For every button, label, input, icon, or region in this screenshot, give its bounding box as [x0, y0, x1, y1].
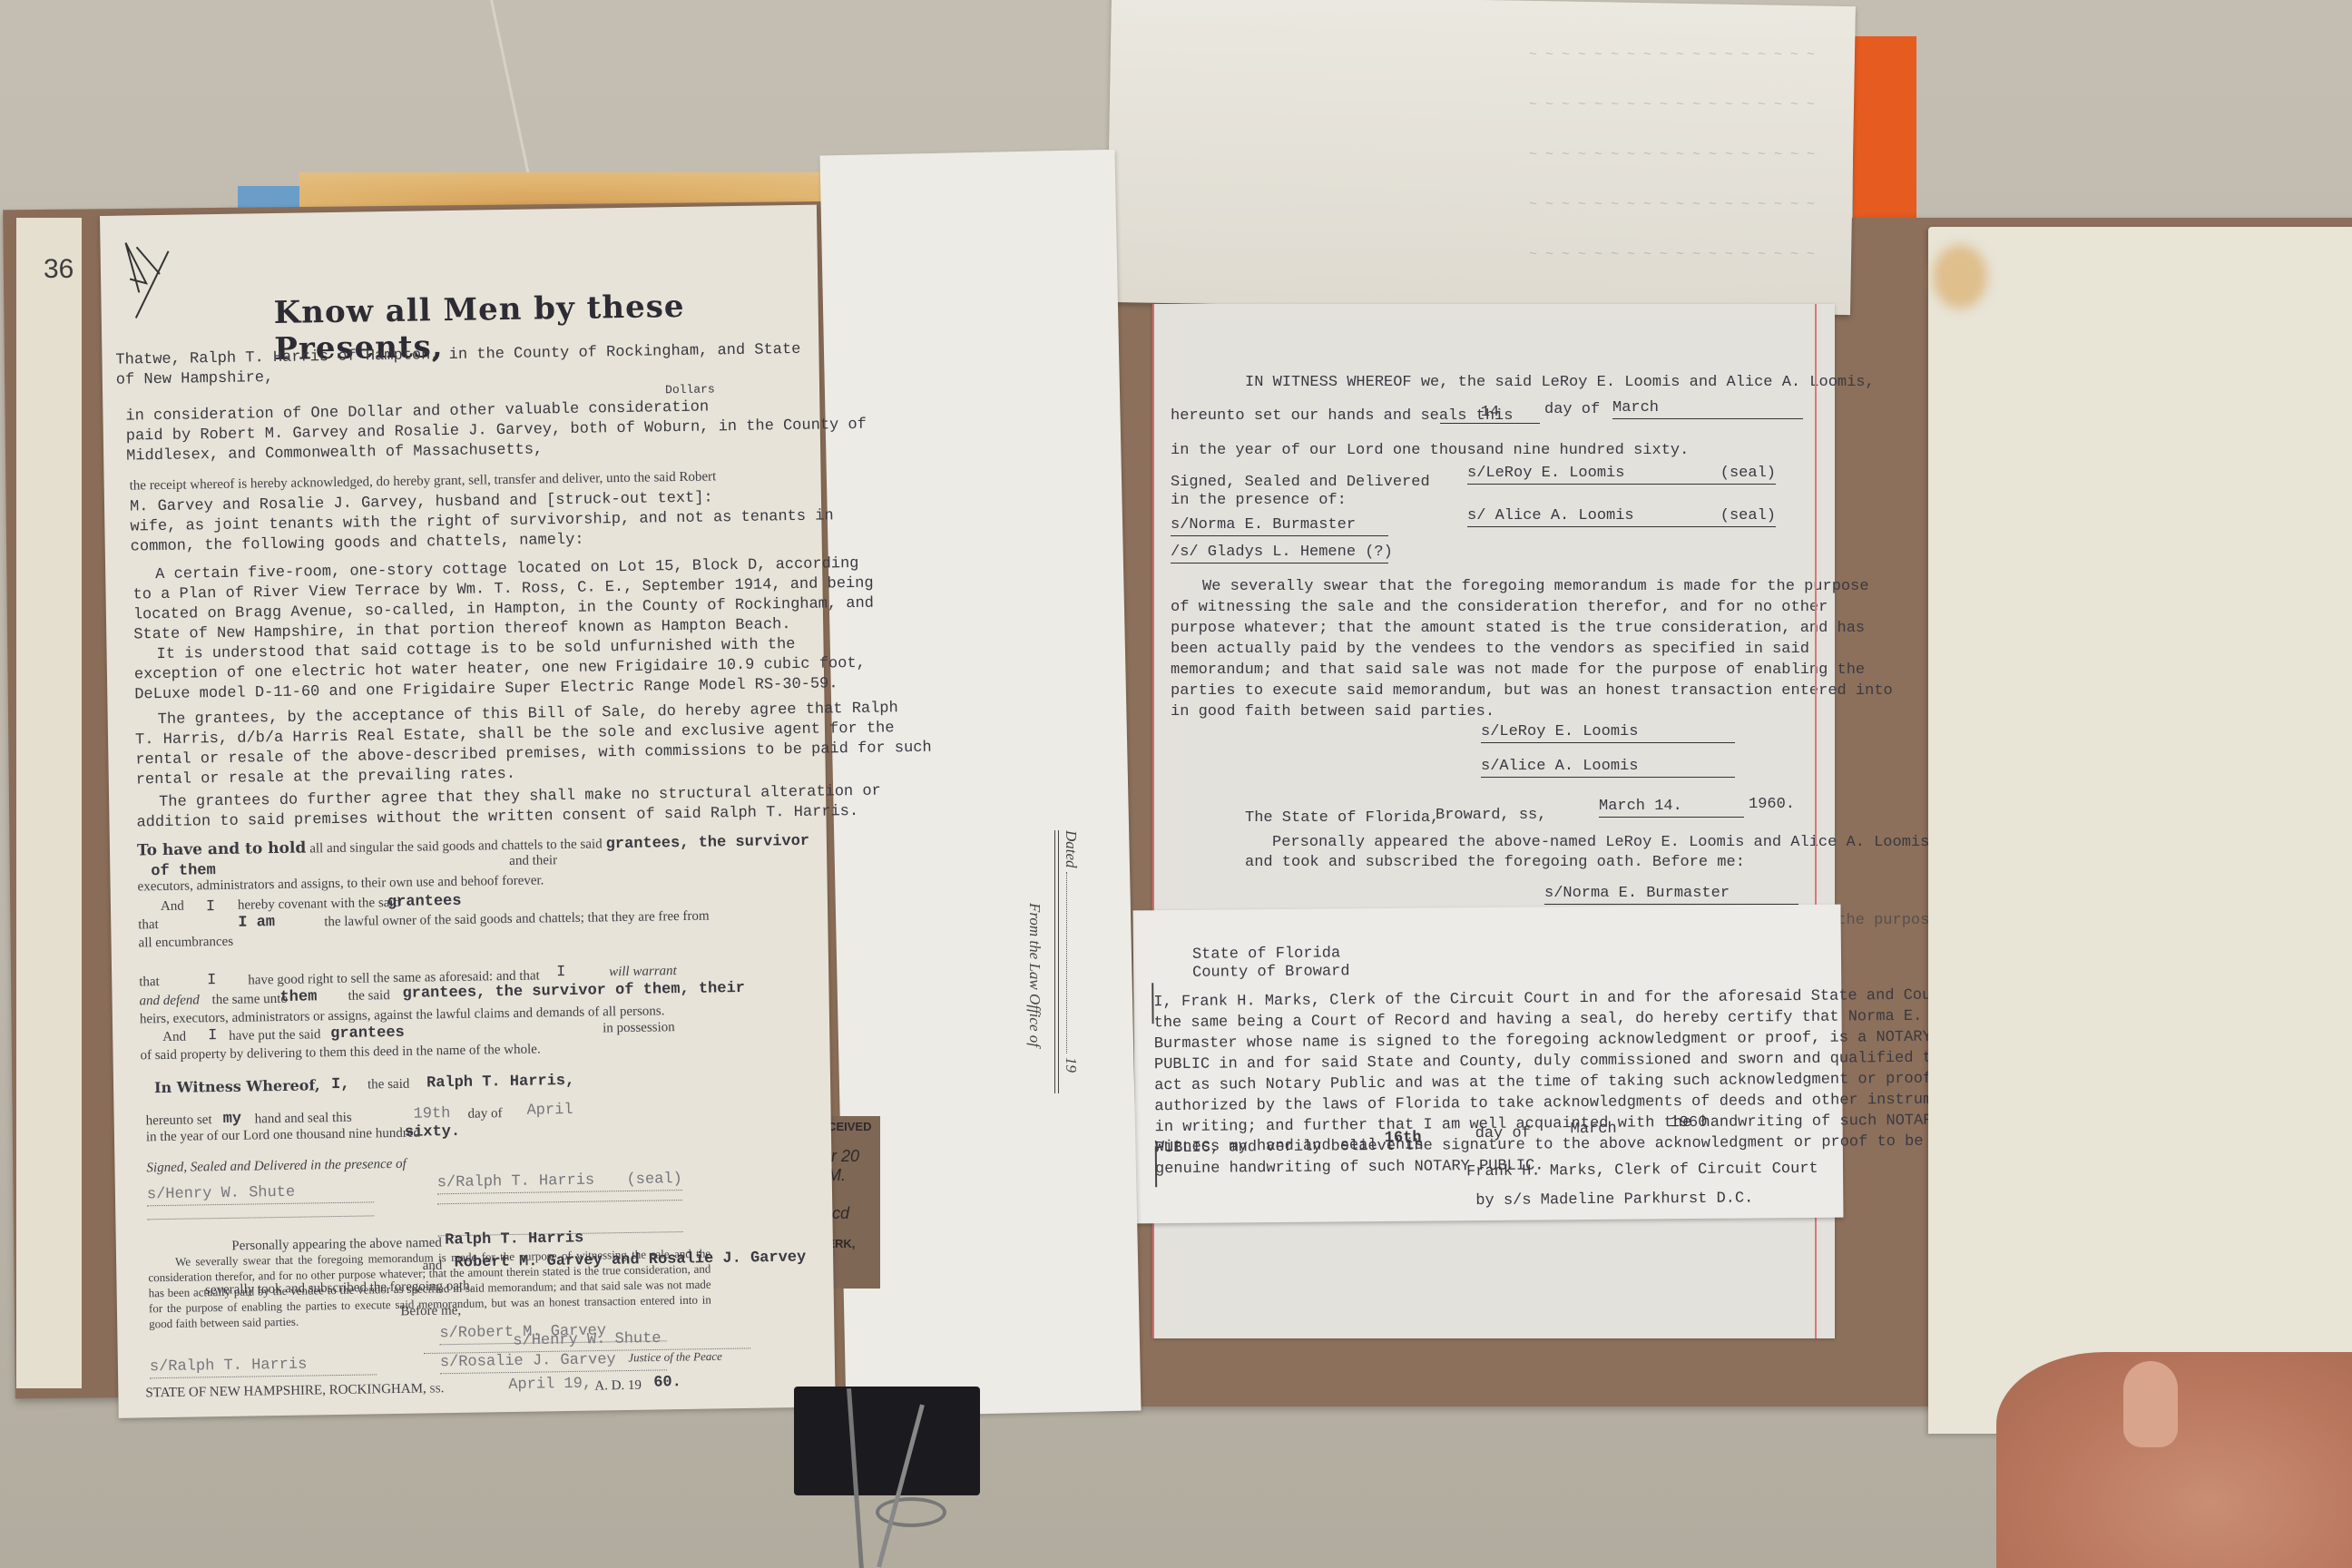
grantor-line-2: of New Hampshire, — [116, 367, 274, 391]
signature-line — [147, 1214, 374, 1220]
signed-sealed-label: Signed, Sealed and Delivered in the pres… — [146, 1155, 407, 1177]
witness-gladys: /s/ Gladys L. Hemene (?) — [1171, 542, 1388, 563]
signature-line — [437, 1199, 682, 1204]
year-text: in the year of our Lord one thousand nin… — [1171, 440, 1689, 461]
ack-appearing: Personally appearing the above named — [231, 1234, 442, 1256]
witness-day-of: day of — [467, 1104, 502, 1123]
warranty-possession: in possession — [603, 1018, 675, 1037]
warranty-i2: I — [556, 962, 566, 983]
warranty-the-said: the said — [348, 986, 390, 1005]
ack-state-line: STATE OF NEW HAMPSHIRE, ROCKINGHAM, ss. — [145, 1379, 444, 1402]
warranty-i: I — [207, 970, 217, 991]
oath-sig-leroy: s/LeRoy E. Loomis — [1481, 721, 1735, 743]
witness-the-said: the said — [367, 1075, 410, 1094]
month-field: March — [1612, 397, 1803, 419]
habendum-and-their: and their — [509, 851, 557, 870]
warranty-them: them — [279, 986, 317, 1008]
cert-deputy: by s/s Madeline Parkhurst D.C. — [1475, 1188, 1753, 1211]
witness-heading: In Witness Whereof, — [154, 1076, 320, 1096]
binder-clip-ring — [876, 1497, 946, 1527]
warranty-same-unto: the same unto — [211, 990, 288, 1009]
state-label: The State of Florida, — [1245, 808, 1439, 828]
ack-ad: A. D. 19 — [594, 1377, 642, 1396]
witness-name: Ralph T. Harris, — [426, 1071, 575, 1094]
warranty-i3: I — [208, 1025, 218, 1046]
margin-bar — [1155, 1146, 1157, 1187]
double-rule — [1054, 830, 1059, 1093]
ack-before: Before me, — [400, 1301, 461, 1320]
notary-signature: s/Norma E. Burmaster — [1544, 883, 1798, 905]
warranty-grantees: grantees, the survivor of them, their — [402, 978, 745, 1004]
blank-page[interactable] — [1928, 227, 2352, 1434]
day-field: 14 — [1440, 402, 1540, 424]
habendum-line: To have and to hold all and singular the… — [137, 831, 809, 863]
grantor-signature: s/Ralph T. Harris(seal) — [437, 1169, 682, 1194]
oath-sig-alice: s/Alice A. Loomis — [1481, 756, 1735, 778]
thumb — [2123, 1361, 2178, 1447]
ack-and: and — [423, 1257, 443, 1275]
cert-day: 16th — [1385, 1128, 1422, 1149]
appeared-line-1: Personally appeared the above-named LeRo… — [1272, 832, 1929, 853]
witness-year-word: sixty. — [405, 1122, 461, 1143]
oath-sig-harris: s/Ralph T. Harris — [150, 1353, 377, 1378]
cert-county: County of Broward — [1192, 961, 1350, 984]
orange-tab — [1853, 36, 1916, 227]
bleed-through-text: ~ ~ ~ ~ ~ ~ ~ ~ ~ ~ ~ ~ ~ ~ ~ ~ ~ ~ ~ ~ … — [1180, 27, 1815, 277]
cert-year: 1960 — [1670, 1112, 1707, 1133]
ack-date: April 19, — [508, 1374, 592, 1396]
signature-leroy: s/LeRoy E. Loomis(seal) — [1467, 463, 1776, 485]
cert-clerk: Frank H. Marks, Clerk of Circuit Court — [1466, 1159, 1818, 1182]
county-label: Broward, ss, — [1436, 805, 1546, 826]
page-number: 36 — [44, 254, 73, 285]
covenant-and: And — [161, 897, 184, 916]
witness-line: IN WITNESS WHEREOF we, the said LeRoy E.… — [1245, 372, 1875, 393]
cert-witness: Witness my hand and seal this — [1155, 1135, 1424, 1159]
covenant-encumbrances: all encumbrances — [138, 933, 233, 953]
warranty-will: will warrant — [609, 962, 677, 981]
stain — [1933, 245, 1987, 309]
cert-month: March — [1571, 1119, 1617, 1140]
law-office-label: From the Law Office of — [1025, 903, 1044, 1047]
cert-day-of: day of — [1475, 1123, 1531, 1145]
covenant-that: that — [138, 916, 159, 934]
covenant-i-am: I am — [238, 912, 275, 934]
dated-label: Dated 19 — [1062, 830, 1080, 1073]
witness-year-text: in the year of our Lord one thousand nin… — [146, 1124, 420, 1147]
binder-clip[interactable] — [794, 1387, 980, 1495]
ack-year: 1960. — [1749, 794, 1795, 815]
day-of-label: day of — [1544, 399, 1600, 420]
presence-label: in the presence of: — [1171, 490, 1347, 511]
witness-i: I, — [331, 1074, 350, 1095]
folder-page-edge — [16, 218, 82, 1388]
oath-paragraph: We severally swear that the foregoing me… — [1171, 576, 1893, 722]
handwritten-mark-icon — [118, 238, 173, 320]
signature-alice: s/ Alice A. Loomis(seal) — [1467, 505, 1776, 527]
ack-date: March 14. — [1599, 796, 1744, 818]
warranty-delivering: of said property by delivering to them t… — [140, 1040, 540, 1064]
warranty-grantees2: grantees — [330, 1023, 405, 1044]
witness-norma: s/Norma E. Burmaster — [1171, 514, 1388, 536]
covenant-i: I — [206, 897, 216, 917]
appeared-line-2: and took and subscribed the foregoing oa… — [1245, 852, 1745, 873]
endorsement: Dated 19 From the Law Office of — [989, 808, 1134, 1080]
warranty-put: have put the said — [229, 1025, 321, 1045]
witness-signature: s/Henry W. Shute — [147, 1181, 374, 1206]
ack-name1: Ralph T. Harris — [445, 1228, 583, 1250]
warranty-that: that — [139, 973, 160, 991]
warranty-and: And — [162, 1028, 186, 1046]
clerk-certificate: State of Florida County of Broward I, Fr… — [1133, 905, 1844, 1224]
witness-month: April — [526, 1100, 573, 1122]
ack-year: 60. — [653, 1372, 681, 1393]
covenant-grantees: grantees — [387, 891, 462, 913]
warranty-defend: and defend — [139, 991, 200, 1010]
justice-title: Justice of the Peace — [628, 1347, 722, 1367]
grantor-line-1: Thatwe, Ralph T. Harris of Hampton, in t… — [115, 339, 800, 371]
